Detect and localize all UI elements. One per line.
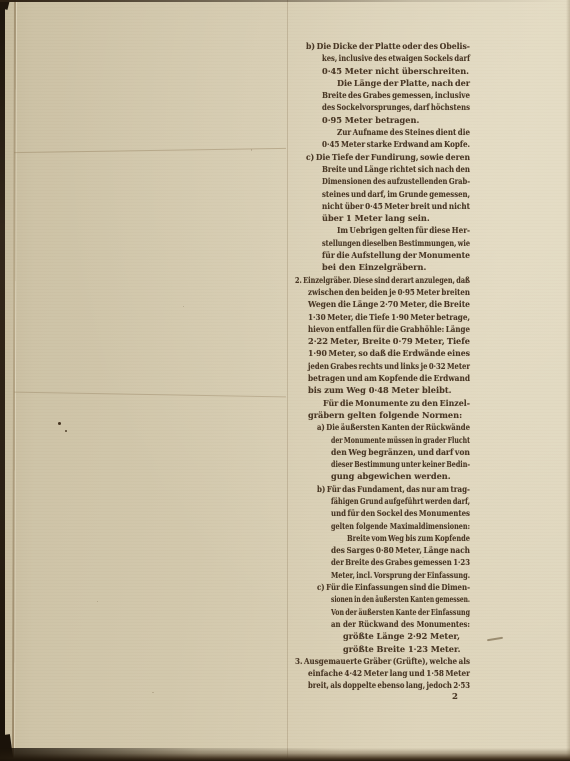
text-line: b) Für das Fundament, das nur am trag- <box>295 483 470 495</box>
text-line: Von der äußersten Kante der Einfassung <box>295 606 470 618</box>
text-line: kes, inclusive des etwaigen Sockels darf <box>295 52 470 64</box>
text-line: gräbern gelten folgende Normen: <box>295 409 470 421</box>
binding-crease-line <box>12 0 16 761</box>
text-line: 2. Einzelgräber. Diese sind derart anzul… <box>295 274 470 286</box>
text-line: bis zum Weg 0·48 Meter bleibt. <box>295 384 470 396</box>
text-line: 0·45 Meter starke Erdwand am Kopfe. <box>295 138 470 150</box>
text-line: über 1 Meter lang sein. <box>295 212 470 224</box>
page-edge-right <box>566 0 570 761</box>
paper-speck <box>183 306 184 307</box>
text-line: a) Die äußersten Kanten der Rückwände <box>295 421 470 433</box>
text-line: Zur Aufname des Steines dient die <box>295 126 470 138</box>
text-line: gung abgewichen werden. <box>295 470 470 482</box>
text-line: sionen in den äußersten Kanten gemessen. <box>295 593 470 605</box>
text-line: 0·45 Meter nicht überschreiten. <box>295 65 470 77</box>
scanned-page: b) Die Dicke der Platte oder des Obelis-… <box>0 0 570 761</box>
text-line: des Sockelvorsprunges, darf höchstens <box>295 101 470 113</box>
text-line: an der Rückwand des Monumentes: <box>295 618 470 630</box>
text-line: 1·90 Meter, so daß die Erdwände eines <box>295 347 470 359</box>
text-line: des Sarges 0·80 Meter, Länge nach <box>295 544 470 556</box>
text-block: b) Die Dicke der Platte oder des Obelis-… <box>295 40 470 692</box>
text-line: c) Für die Einfassungen sind die Dimen- <box>295 581 470 593</box>
text-line: bei den Einzelgräbern. <box>295 261 470 273</box>
text-line: Im Uebrigen gelten für diese Her- <box>295 224 470 236</box>
text-line: zwischen den beiden je 0·95 Meter breite… <box>295 286 470 298</box>
text-line: der Monumente müssen in grader Flucht <box>295 434 470 446</box>
paper-speck <box>251 149 252 151</box>
text-line: der Breite des Grabes gemessen 1·23 <box>295 556 470 568</box>
text-line: 2·22 Meter, Breite 0·79 Meter, Tiefe <box>295 335 470 347</box>
text-line: Meter, incl. Vorsprung der Einfassung. <box>295 569 470 581</box>
text-line: Dimensionen des aufzustellenden Grab- <box>295 175 470 187</box>
paper-speck <box>152 692 154 693</box>
text-line: steines und darf, im Grunde gemessen, <box>295 188 470 200</box>
text-line: fähigen Grund aufgeführt werden darf, <box>295 495 470 507</box>
text-line: Breite vom Weg bis zum Kopfende <box>295 532 470 544</box>
center-fold-line <box>287 0 288 761</box>
text-line: breit, als doppelte ebenso lang, jedoch … <box>295 679 470 691</box>
horizontal-crease-upper <box>14 148 286 153</box>
text-line: dieser Bestimmung unter keiner Bedin- <box>295 458 470 470</box>
text-line: 3. Ausgemauerte Gräber (Grüfte), welche … <box>295 655 470 667</box>
text-line: Breite und Länge richtet sich nach den <box>295 163 470 175</box>
page-edge-left <box>0 0 5 761</box>
text-line: Für die Monumente zu den Einzel- <box>295 397 470 409</box>
pencil-mark <box>487 637 503 641</box>
paper-speck <box>97 601 98 602</box>
text-line: Breite des Grabes gemessen, inclusive <box>295 89 470 101</box>
text-line: Die Länge der Platte, nach der <box>295 77 470 89</box>
page-edge-bottom <box>0 748 570 761</box>
horizontal-crease-lower <box>14 392 286 398</box>
text-line: Wegen die Länge 2·70 Meter, die Breite <box>295 298 470 310</box>
text-line: c) Die Tiefe der Fundirung, sowie deren <box>295 151 470 163</box>
page-edge-top <box>0 0 570 2</box>
text-line: 0·95 Meter betragen. <box>295 114 470 126</box>
text-line: den Weg begränzen, und darf von <box>295 446 470 458</box>
text-line: betragen und am Kopfende die Erdwand <box>295 372 470 384</box>
page-number: 2 <box>449 692 461 702</box>
ink-spot <box>65 430 67 432</box>
text-line: nicht über 0·45 Meter breit und nicht <box>295 200 470 212</box>
text-line: gelten folgende Maximaldimensionen: <box>295 520 470 532</box>
text-line: stellungen dieselben Bestimmungen, wie <box>295 237 470 249</box>
text-line: und für den Sockel des Monumentes <box>295 507 470 519</box>
text-line: 1·30 Meter, die Tiefe 1·90 Meter betrage… <box>295 311 470 323</box>
ink-spot <box>58 422 61 425</box>
text-line: größte Breite 1·23 Meter. <box>295 643 470 655</box>
text-line: jeden Grabes rechts und links je 0·32 Me… <box>295 360 470 372</box>
text-line: einfache 4·42 Meter lang und 1·58 Meter <box>295 667 470 679</box>
text-line: für die Aufstellung der Monumente <box>295 249 470 261</box>
text-line: b) Die Dicke der Platte oder des Obelis- <box>295 40 470 52</box>
text-line: größte Länge 2·92 Meter, <box>295 630 470 642</box>
text-line: hievon entfallen für die Grabhöhle: Läng… <box>295 323 470 335</box>
